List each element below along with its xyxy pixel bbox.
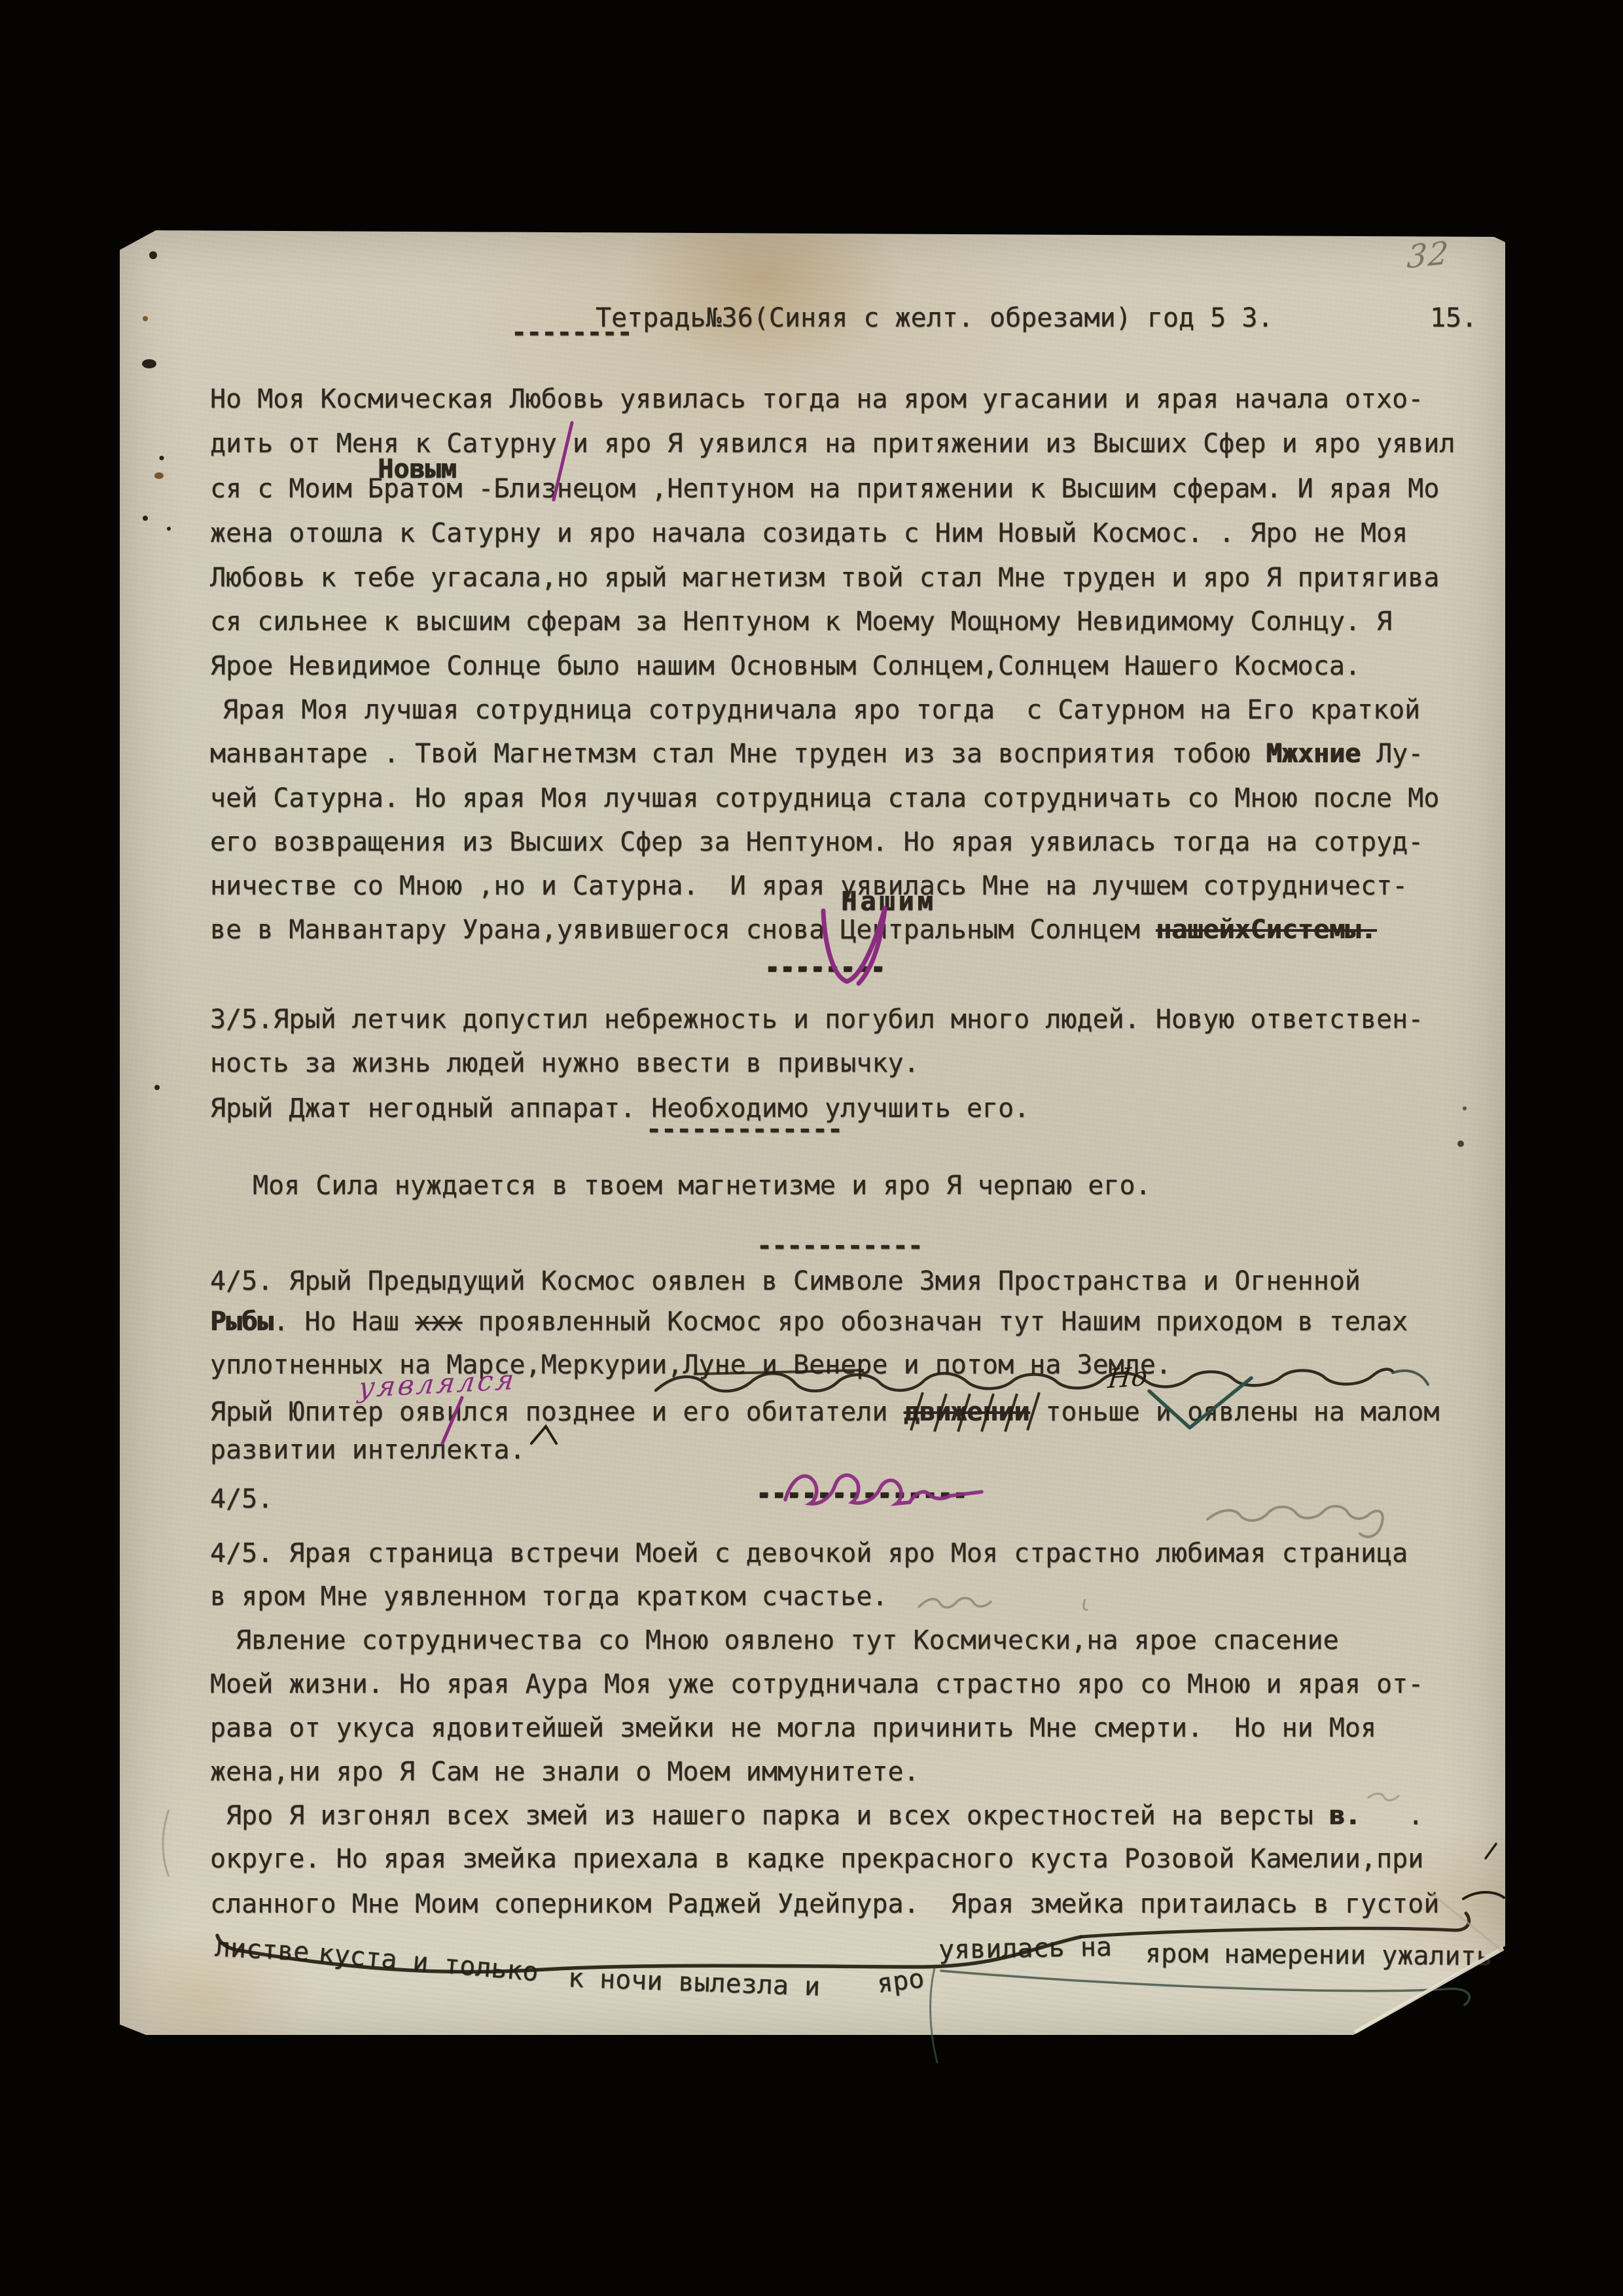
teal-vertical-line (931, 1968, 937, 2062)
scanned-page-photo: Тетрадь№36(Синяя с желт. обрезами) год 5… (0, 0, 1623, 2296)
pencil-scrawl (1207, 1506, 1383, 1537)
caret-mark (531, 1426, 556, 1443)
ink-scrawl-tail (1393, 1371, 1428, 1385)
pencil-scribble (1368, 1793, 1399, 1800)
ink-underline-upper (1081, 1913, 1469, 1937)
purple-scrawl (785, 1475, 982, 1504)
margin-curve (163, 1810, 169, 1877)
ink-tick (1486, 1844, 1496, 1858)
ink-flourish (1463, 1892, 1504, 1899)
pencil-tick (1084, 1599, 1088, 1610)
purple-word-slash (442, 1398, 462, 1443)
teal-line (941, 1971, 1469, 2005)
ink-marks-overlay (0, 0, 1623, 2296)
ink-underline-curve (217, 1935, 1081, 1972)
purple-insert-slash (554, 423, 572, 500)
purple-insert-caret (823, 908, 885, 983)
strike-hatch (911, 1392, 1039, 1432)
ink-specks (142, 251, 1467, 1147)
crease-line (1432, 1894, 1503, 1951)
pencil-note (919, 1598, 991, 1607)
